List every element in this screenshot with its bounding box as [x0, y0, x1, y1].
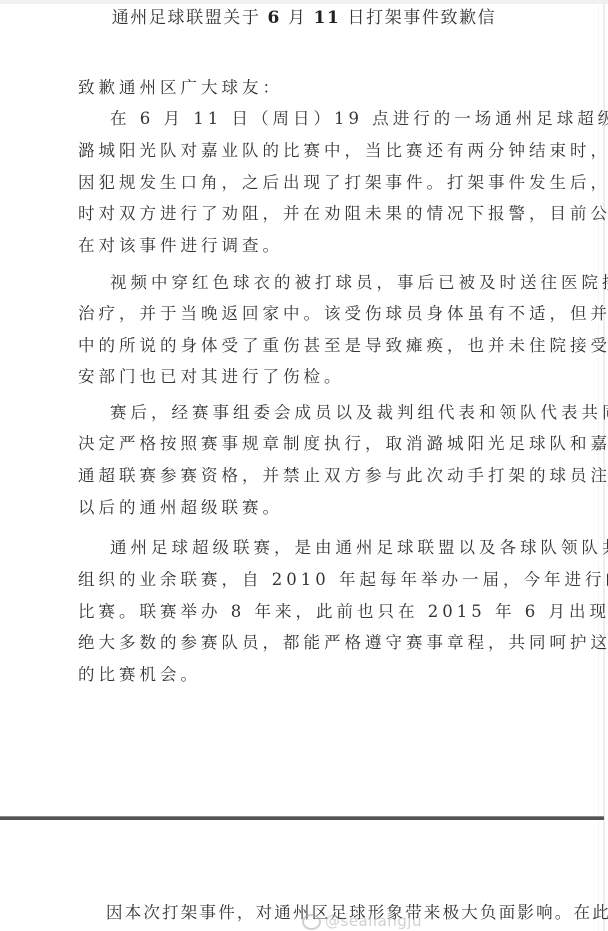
title-month-number: 6: [268, 8, 281, 28]
paragraph-line: 因犯规发生口角，之后出现了打架事件。打架事件发生后，组委会及: [78, 172, 608, 194]
paragraph-line: 安部门也已对其进行了伤检。: [78, 366, 345, 388]
watermark: @sealiangju: [302, 912, 422, 930]
paragraph-line: 赛后，经赛事组委会成员以及裁判组代表和领队代表共同协商，: [110, 402, 608, 424]
watermark-text: @sealiangju: [325, 912, 422, 930]
page-break-divider: [0, 816, 604, 820]
paragraph-line: 以后的通州超级联赛。: [78, 497, 283, 519]
paragraph-line: 的比赛机会。: [78, 664, 201, 686]
paragraph-line: 在对该事件进行调查。: [78, 235, 283, 257]
paragraph-line: 治疗，并于当晚返回家中。该受伤球员身体虽有不适，但并非如传言: [78, 303, 608, 325]
document-title: 通州足球联盟关于 6 月 11 日打架事件致歉信: [0, 5, 608, 31]
paragraph-line: 视频中穿红色球衣的被打球员，事后已被及时送往医院接受检查: [110, 272, 608, 294]
title-part: 月: [288, 8, 307, 28]
title-day-number: 11: [314, 8, 341, 28]
paragraph-line: 通州足球超级联赛，是由通州足球联盟以及各球队领队共同发起: [110, 537, 608, 559]
weibo-logo-icon: [302, 914, 321, 930]
paragraph-line: 在 6 月 11 日（周日）19 点进行的一场通州足球超级联赛——: [110, 108, 608, 130]
paragraph-line: 中的所说的身体受了重伤甚至是导致瘫痪，也并未住院接受治疗。公: [78, 335, 608, 357]
page-top-shade: [0, 0, 608, 4]
paragraph-line: 组织的业余联赛，自 2010 年起每年举办一届，今年进行的是第八届: [78, 569, 608, 591]
paragraph-line: 通超联赛参赛资格，并禁止双方参与此次动手打架的球员注册、报名: [78, 465, 608, 487]
title-part: 通州足球联盟关于: [112, 8, 261, 28]
title-part: 日打架事件致歉信: [347, 8, 496, 28]
paragraph-line: 时对双方进行了劝阻，并在劝阻未果的情况下报警，目前公安机关正: [78, 203, 608, 225]
paragraph-line: 比赛。联赛举办 8 年来，此前也只在 2015 年 6 月出现一次打架事件，: [78, 601, 608, 623]
paragraph-line: 潞城阳光队对嘉业队的比赛中，当比赛还有两分钟结束时，双方球员: [78, 140, 608, 162]
paragraph-line: 绝大多数的参赛队员，都能严格遵守赛事章程，共同呵护这来之不易: [78, 632, 608, 654]
paragraph-line: 决定严格按照赛事规章制度执行，取消潞城阳光足球队和嘉业足球队: [78, 433, 608, 455]
salutation: 致歉通州区广大球友：: [78, 77, 283, 99]
